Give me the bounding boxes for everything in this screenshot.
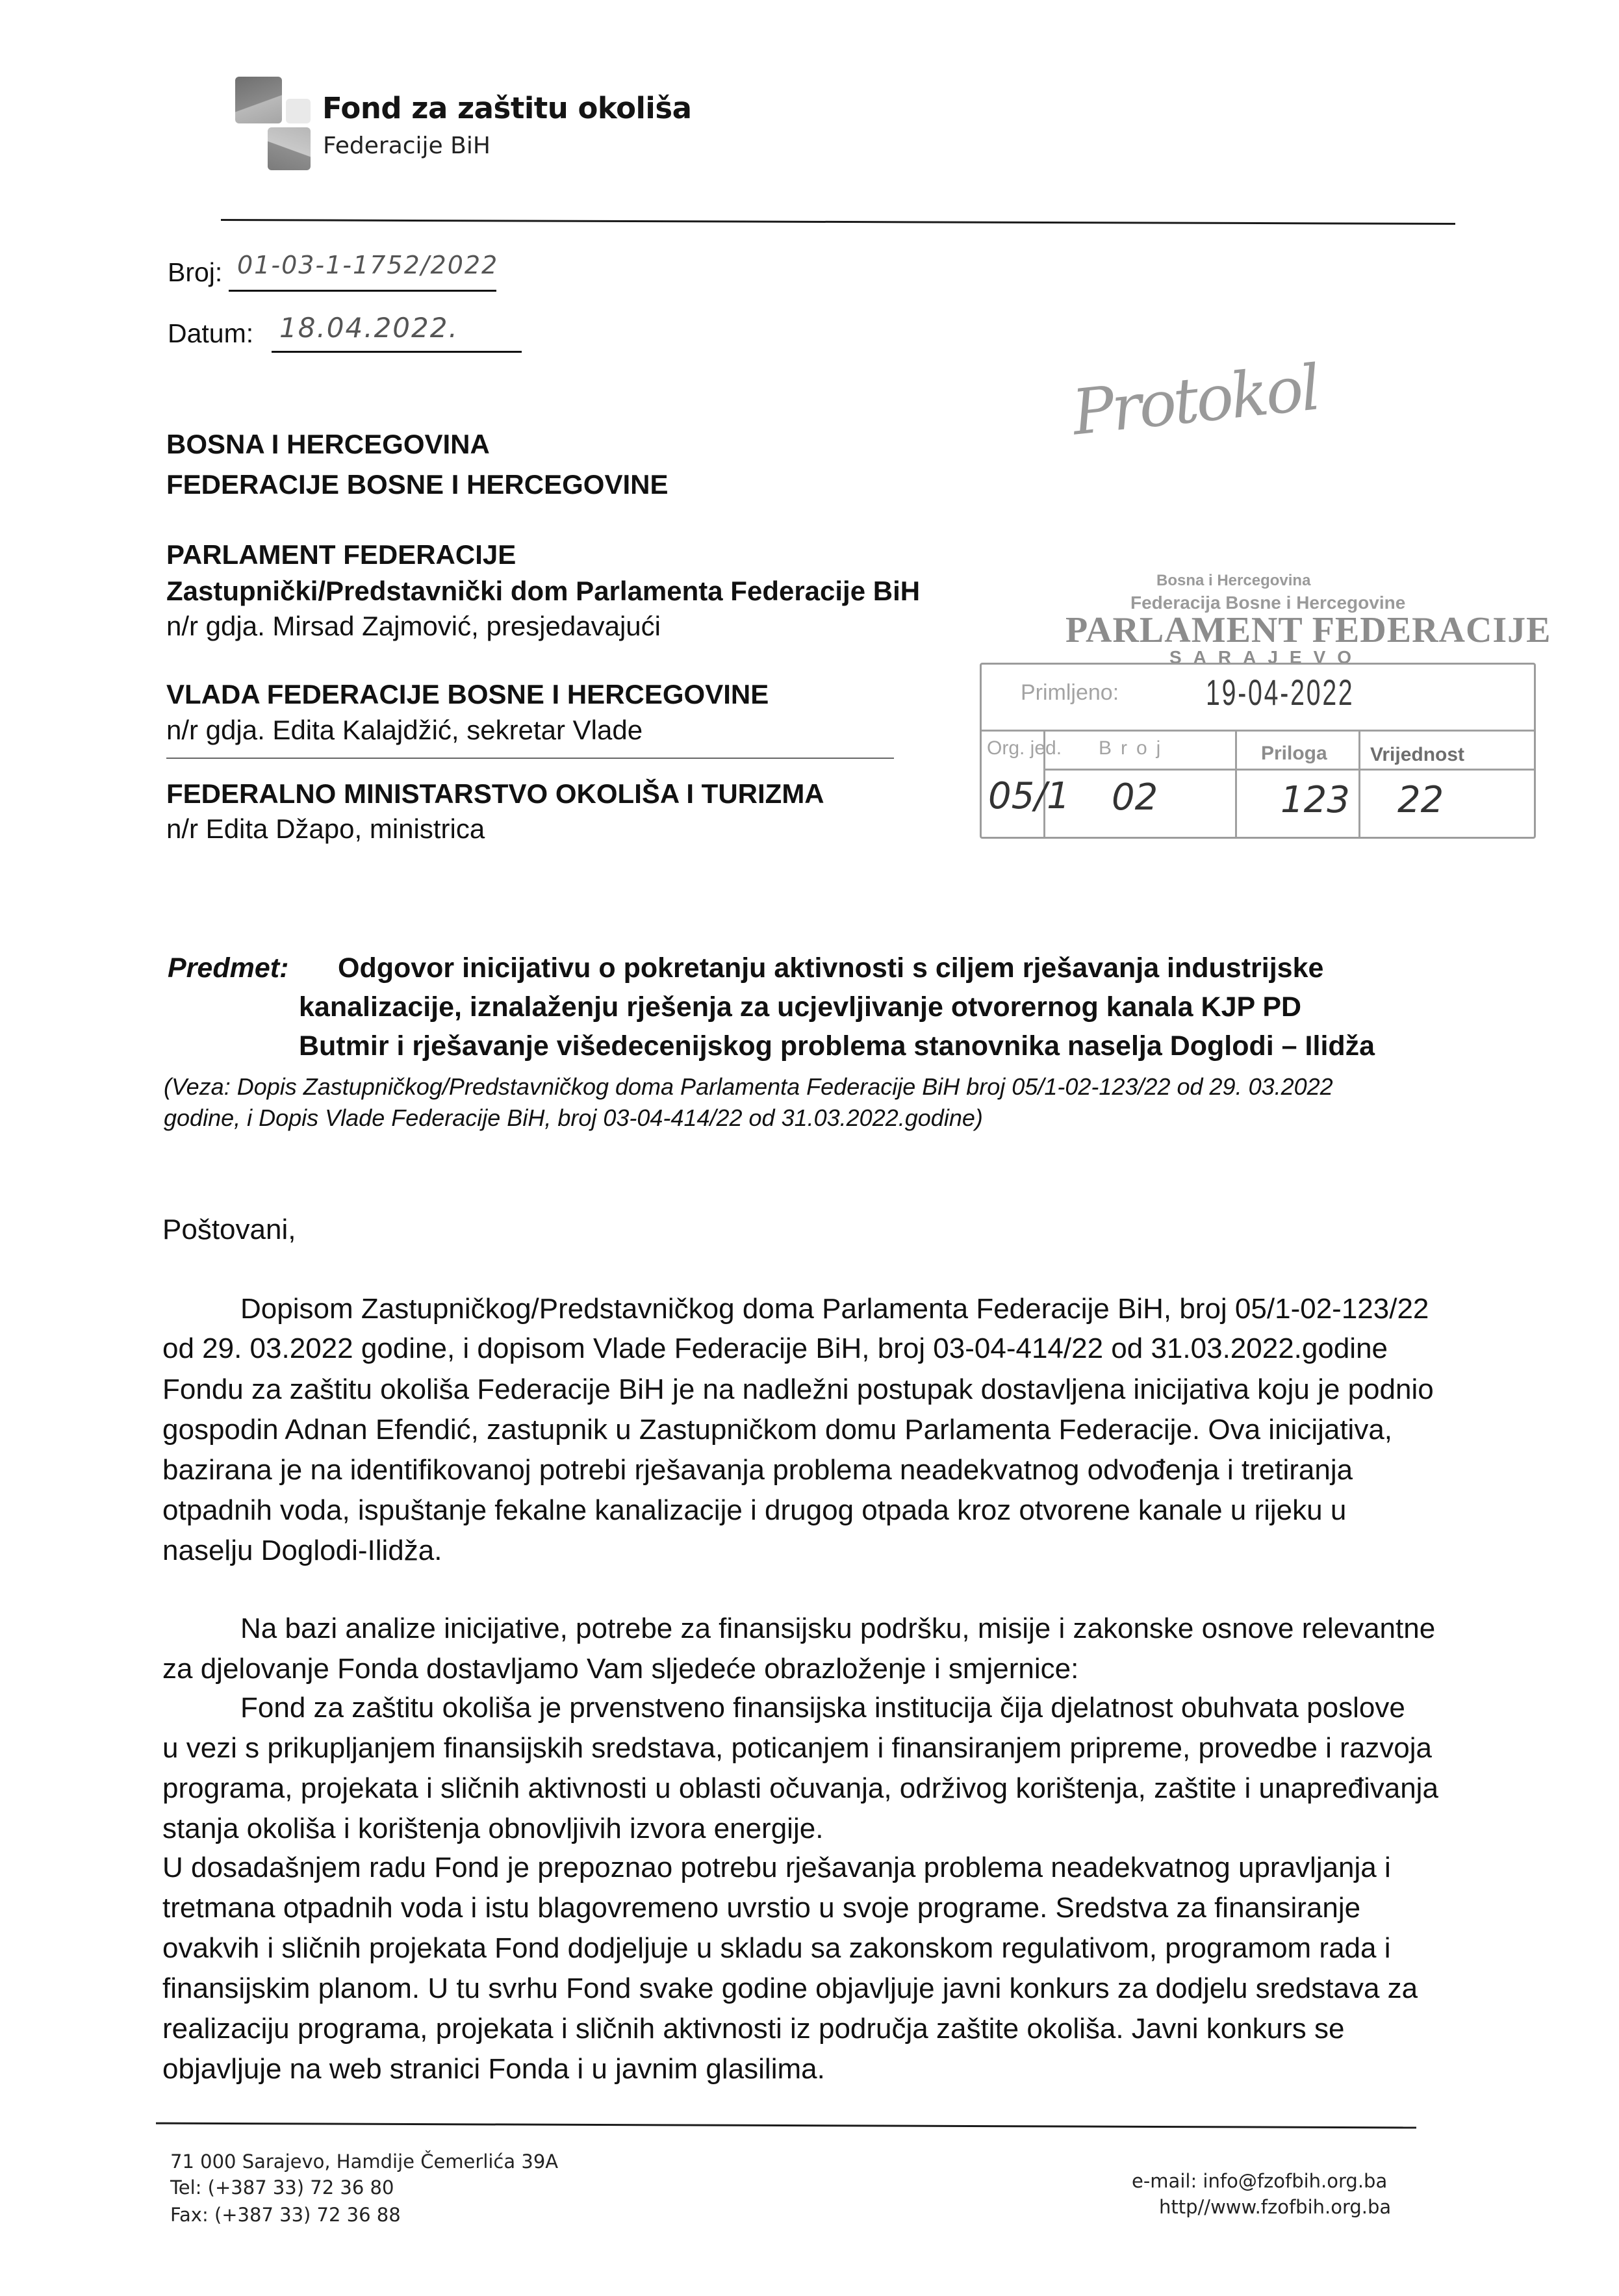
country-line-1: BOSNA I HERCEGOVINA — [166, 429, 490, 460]
stamp-vrijednost-value: 22 — [1397, 779, 1444, 821]
paragraph-line: tretmana otpadnih voda i istu blagovreme… — [162, 1892, 1360, 1924]
stamp-broj-value: 02 — [1112, 776, 1158, 819]
recipient-3-attn: n/r Edita Džapo, ministrica — [166, 813, 485, 845]
subject-line-1: Odgovor inicijativu o pokretanju aktivno… — [338, 952, 1323, 984]
org-subtitle: Federacije BiH — [323, 133, 491, 159]
reference-note-line-1: (Veza: Dopis Zastupničkog/Predstavničkog… — [164, 1073, 1333, 1101]
footer-address: 71 000 Sarajevo, Hamdije Čemerlića 39A — [170, 2150, 558, 2173]
stamp-org-jed-value: 05/1 — [988, 775, 1070, 817]
paragraph-line: realizaciju programa, projekata i slični… — [162, 2013, 1345, 2045]
stamp-col-divider — [1235, 730, 1237, 837]
recipient-1-attn: n/r gdja. Mirsad Zajmović, presjedavajuć… — [166, 611, 661, 642]
datum-underline — [272, 351, 522, 353]
paragraph-line: Na bazi analize inicijative, potrebe za … — [240, 1613, 1435, 1645]
stamp-col-divider — [1358, 730, 1360, 837]
stamp-table: Primljeno: 19-04-2022 Org. jed. Broj Pri… — [980, 663, 1536, 839]
received-date: 19-04-2022 — [1206, 671, 1355, 713]
broj-value: 01-03-1-1752/2022 — [237, 251, 498, 279]
recipient-1-title: PARLAMENT FEDERACIJE — [166, 539, 516, 570]
footer-divider — [156, 2123, 1416, 2129]
datum-value: 18.04.2022. — [279, 312, 459, 344]
handwritten-note: Protokol — [1069, 351, 1321, 449]
paragraph-line: naselju Doglodi-Ilidža. — [162, 1535, 442, 1567]
org-name: Fond za zaštitu okoliša — [322, 91, 692, 125]
paragraph-line: bazirana je na identifikovanoj potrebi r… — [162, 1454, 1353, 1486]
paragraph-line: stanja okoliša i korištenja obnovljivih … — [162, 1813, 823, 1845]
recipient-divider — [166, 758, 894, 759]
paragraph-line: objavljuje na web stranici Fonda i u jav… — [162, 2053, 825, 2086]
broj-underline — [229, 290, 496, 292]
paragraph-line: u vezi s prikupljanjem finansijskih sred… — [162, 1732, 1432, 1765]
subject-line-2: kanalizacije, iznalaženju rješenja za uc… — [299, 991, 1301, 1023]
reference-note-line-2: godine, i Dopis Vlade Federacije BiH, br… — [164, 1104, 983, 1132]
footer-email[interactable]: e-mail: info@fzofbih.org.ba — [1132, 2170, 1387, 2192]
paragraph-line: otpadnih voda, ispuštanje fekalne kanali… — [162, 1494, 1346, 1527]
paragraph-line: programa, projekata i sličnih aktivnosti… — [162, 1772, 1438, 1805]
stamp-header-divider — [1043, 769, 1534, 771]
logo-square-bottom — [268, 127, 311, 170]
recipient-2-attn: n/r gdja. Edita Kalajdžić, sekretar Vlad… — [166, 715, 643, 746]
footer-website[interactable]: http//www.fzofbih.org.ba — [1159, 2196, 1391, 2218]
greeting: Poštovani, — [162, 1214, 296, 1246]
stamp-row-divider — [982, 730, 1534, 732]
paragraph-line: od 29. 03.2022 godine, i dopisom Vlade F… — [162, 1333, 1388, 1365]
stamp-line-1: Bosna i Hercegovina — [1156, 572, 1310, 590]
col-vrijednost: Vrijednost — [1370, 744, 1464, 766]
country-line-2: FEDERACIJE BOSNE I HERCEGOVINE — [166, 469, 668, 500]
paragraph-line: finansijskim planom. U tu svrhu Fond sva… — [162, 1972, 1418, 2005]
header-divider — [221, 219, 1455, 225]
paragraph-line: za djelovanje Fonda dostavljamo Vam slje… — [162, 1653, 1078, 1685]
paragraph-line: ovakvih i sličnih projekata Fond dodjelj… — [162, 1932, 1391, 1965]
subject-label: Predmet: — [168, 952, 288, 984]
paragraph-line: U dosadašnjem radu Fond je prepoznao pot… — [162, 1852, 1391, 1884]
subject-line-3: Butmir i rješavanje višedecenijskog prob… — [299, 1030, 1375, 1062]
logo-square-top — [235, 77, 282, 123]
datum-label: Datum: — [168, 318, 253, 349]
paragraph-line: Dopisom Zastupničkog/Predstavničkog doma… — [240, 1293, 1429, 1325]
received-label: Primljeno: — [1021, 680, 1119, 706]
broj-label: Broj: — [168, 257, 222, 288]
footer-fax: Fax: (+387 33) 72 36 88 — [170, 2204, 401, 2226]
stamp-priloga-value: 123 — [1281, 779, 1350, 821]
col-broj: Broj — [1099, 737, 1169, 759]
col-priloga: Priloga — [1261, 743, 1327, 765]
paragraph-line: gospodin Adnan Efendić, zastupnik u Zast… — [162, 1414, 1392, 1446]
col-org-jed: Org. jed. — [987, 737, 1062, 759]
paragraph-line: Fond za zaštitu okoliša je prvenstveno f… — [240, 1692, 1405, 1724]
paragraph-line: Fondu za zaštitu okoliša Federacije BiH … — [162, 1373, 1434, 1406]
footer-tel: Tel: (+387 33) 72 36 80 — [170, 2176, 394, 2199]
logo-square-small — [286, 99, 311, 123]
stamp-line-3: PARLAMENT FEDERACIJE — [1065, 609, 1551, 651]
recipient-2-title: VLADA FEDERACIJE BOSNE I HERCEGOVINE — [166, 679, 769, 710]
recipient-1-subtitle: Zastupnički/Predstavnički dom Parlamenta… — [166, 576, 920, 607]
recipient-3-title: FEDERALNO MINISTARSTVO OKOLIŠA I TURIZMA — [166, 778, 824, 810]
